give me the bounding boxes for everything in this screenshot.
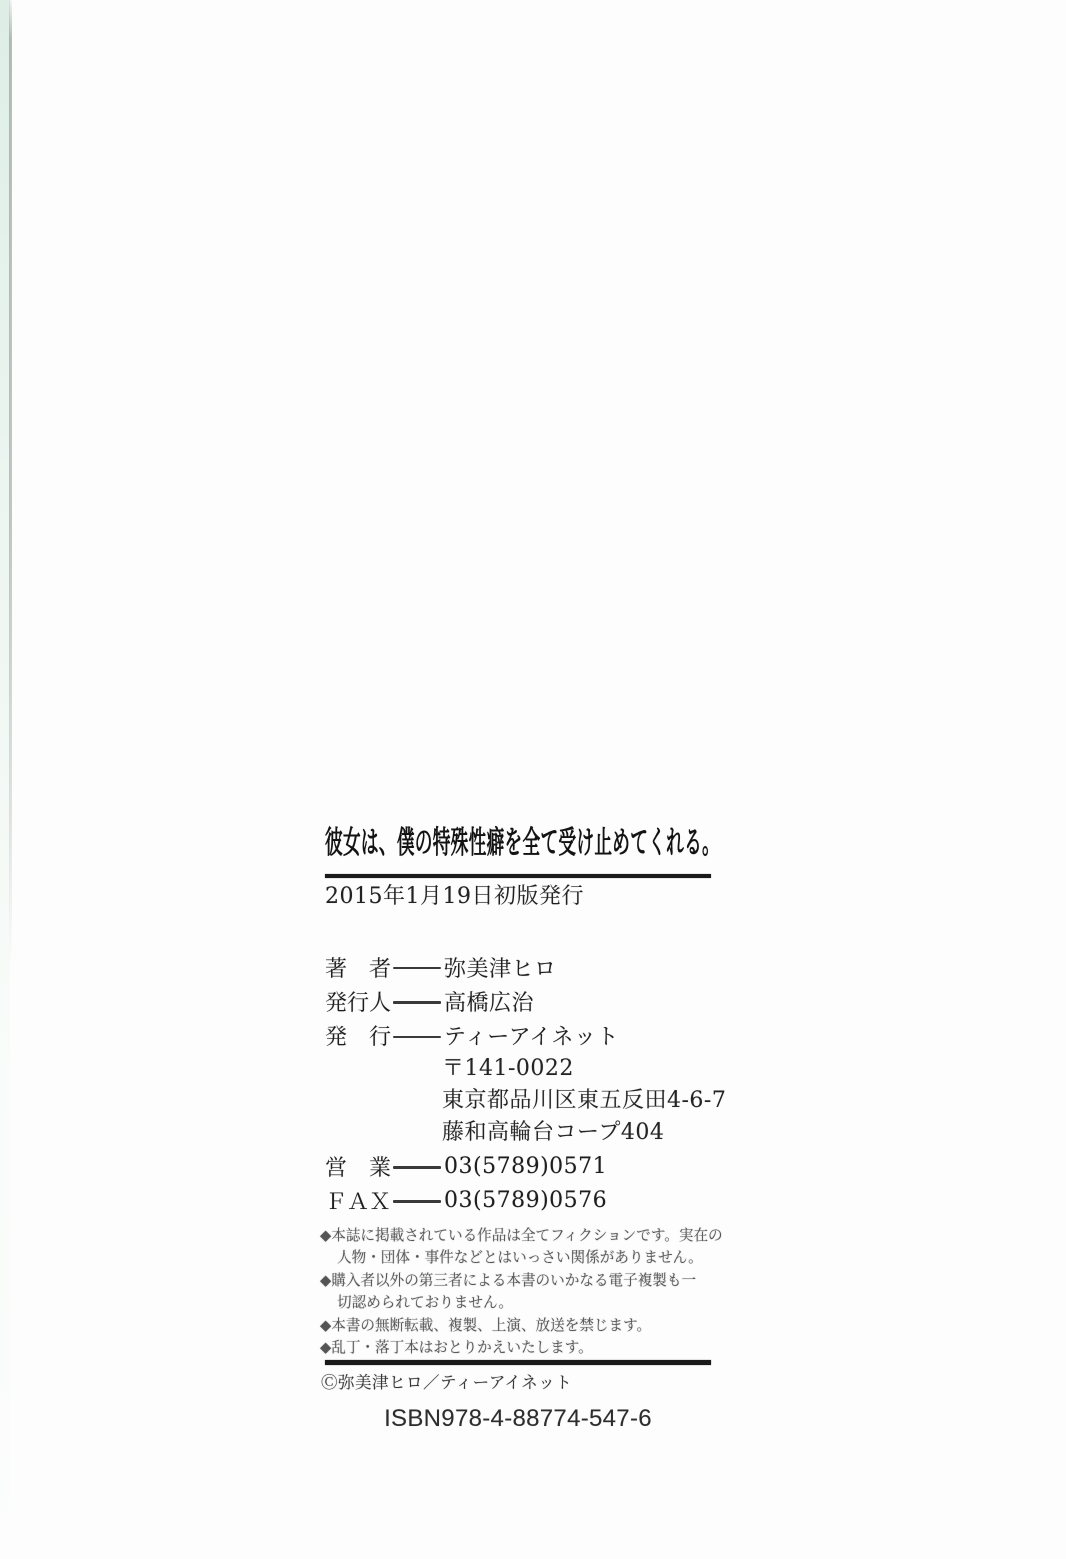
note-line: ◆本誌に掲載されている作品は全てフィクションです。実在の (320, 1225, 724, 1247)
publication-rows: 著 者 弥美津ヒロ 発行人 高橋広治 発 行 ティーアイネット 〒141-002… (325, 950, 711, 1218)
page-edge-line (9, 0, 12, 965)
publisher-person-label: 発行人 (325, 986, 392, 1017)
leader-dash (393, 1166, 441, 1169)
author-label: 著 者 (325, 952, 392, 983)
note-defective-copies: ◆乱丁・落丁本はおとりかえいたします。 (320, 1337, 724, 1359)
postal-code: 〒141-0022 (325, 1053, 711, 1085)
colophon-content: 彼女は、僕の特殊性癖を全て受け止めてくれる。 2015年1月19日初版発行 著 … (325, 826, 711, 1432)
publisher-value: ティーアイネット (444, 1020, 619, 1051)
leader-dash (393, 1036, 441, 1039)
note-digital-copy: ◆購入者以外の第三者による本書のいかなる電子複製も一 切認められておりません。 (320, 1270, 724, 1315)
sales-label: 営 業 (325, 1151, 392, 1182)
book-title: 彼女は、僕の特殊性癖を全て受け止めてくれる。 (325, 826, 545, 860)
address-line-1: 東京都品川区東五反田4-6-7 (325, 1085, 711, 1117)
address-line-2: 藤和高輪台コープ404 (325, 1117, 711, 1149)
legal-notes: ◆本誌に掲載されている作品は全てフィクションです。実在の 人物・団体・事件などと… (320, 1225, 724, 1359)
divider-top (325, 874, 711, 878)
leader-dash (393, 1200, 441, 1203)
note-fiction-disclaimer: ◆本誌に掲載されている作品は全てフィクションです。実在の 人物・団体・事件などと… (320, 1225, 724, 1270)
fax-value: 03(5789)0576 (444, 1188, 607, 1213)
edition-date: 2015年1月19日初版発行 (325, 884, 711, 910)
publisher-label: 発 行 (325, 1020, 392, 1051)
author-value: 弥美津ヒロ (444, 952, 557, 983)
author-row: 著 者 弥美津ヒロ (325, 950, 711, 984)
leader-dash (393, 967, 441, 970)
fax-row: ＦＡＸ 03(5789)0576 (325, 1184, 711, 1218)
publisher-person-value: 高橋広治 (444, 986, 534, 1017)
isbn: ISBN978-4-88774-547-6 (325, 1406, 711, 1432)
divider-bottom (325, 1360, 711, 1365)
publisher-row: 発 行 ティーアイネット (325, 1019, 711, 1053)
note-line: 切認められておりません。 (320, 1292, 724, 1314)
note-line: ◆購入者以外の第三者による本書のいかなる電子複製も一 (320, 1270, 724, 1292)
copyright-line: Ⓒ弥美津ヒロ／ティーアイネット (321, 1374, 711, 1392)
publisher-person-row: 発行人 高橋広治 (325, 984, 711, 1018)
leader-dash (393, 1001, 441, 1004)
fax-label: ＦＡＸ (325, 1185, 392, 1216)
note-reproduction: ◆本書の無断転載、複製、上演、放送を禁じます。 (320, 1315, 724, 1337)
sales-phone-value: 03(5789)0571 (444, 1154, 607, 1179)
note-line: ◆乱丁・落丁本はおとりかえいたします。 (320, 1337, 724, 1359)
sales-phone-row: 営 業 03(5789)0571 (325, 1149, 711, 1183)
note-line: 人物・団体・事件などとはいっさい関係がありません。 (320, 1247, 724, 1269)
note-line: ◆本書の無断転載、複製、上演、放送を禁じます。 (320, 1315, 724, 1337)
